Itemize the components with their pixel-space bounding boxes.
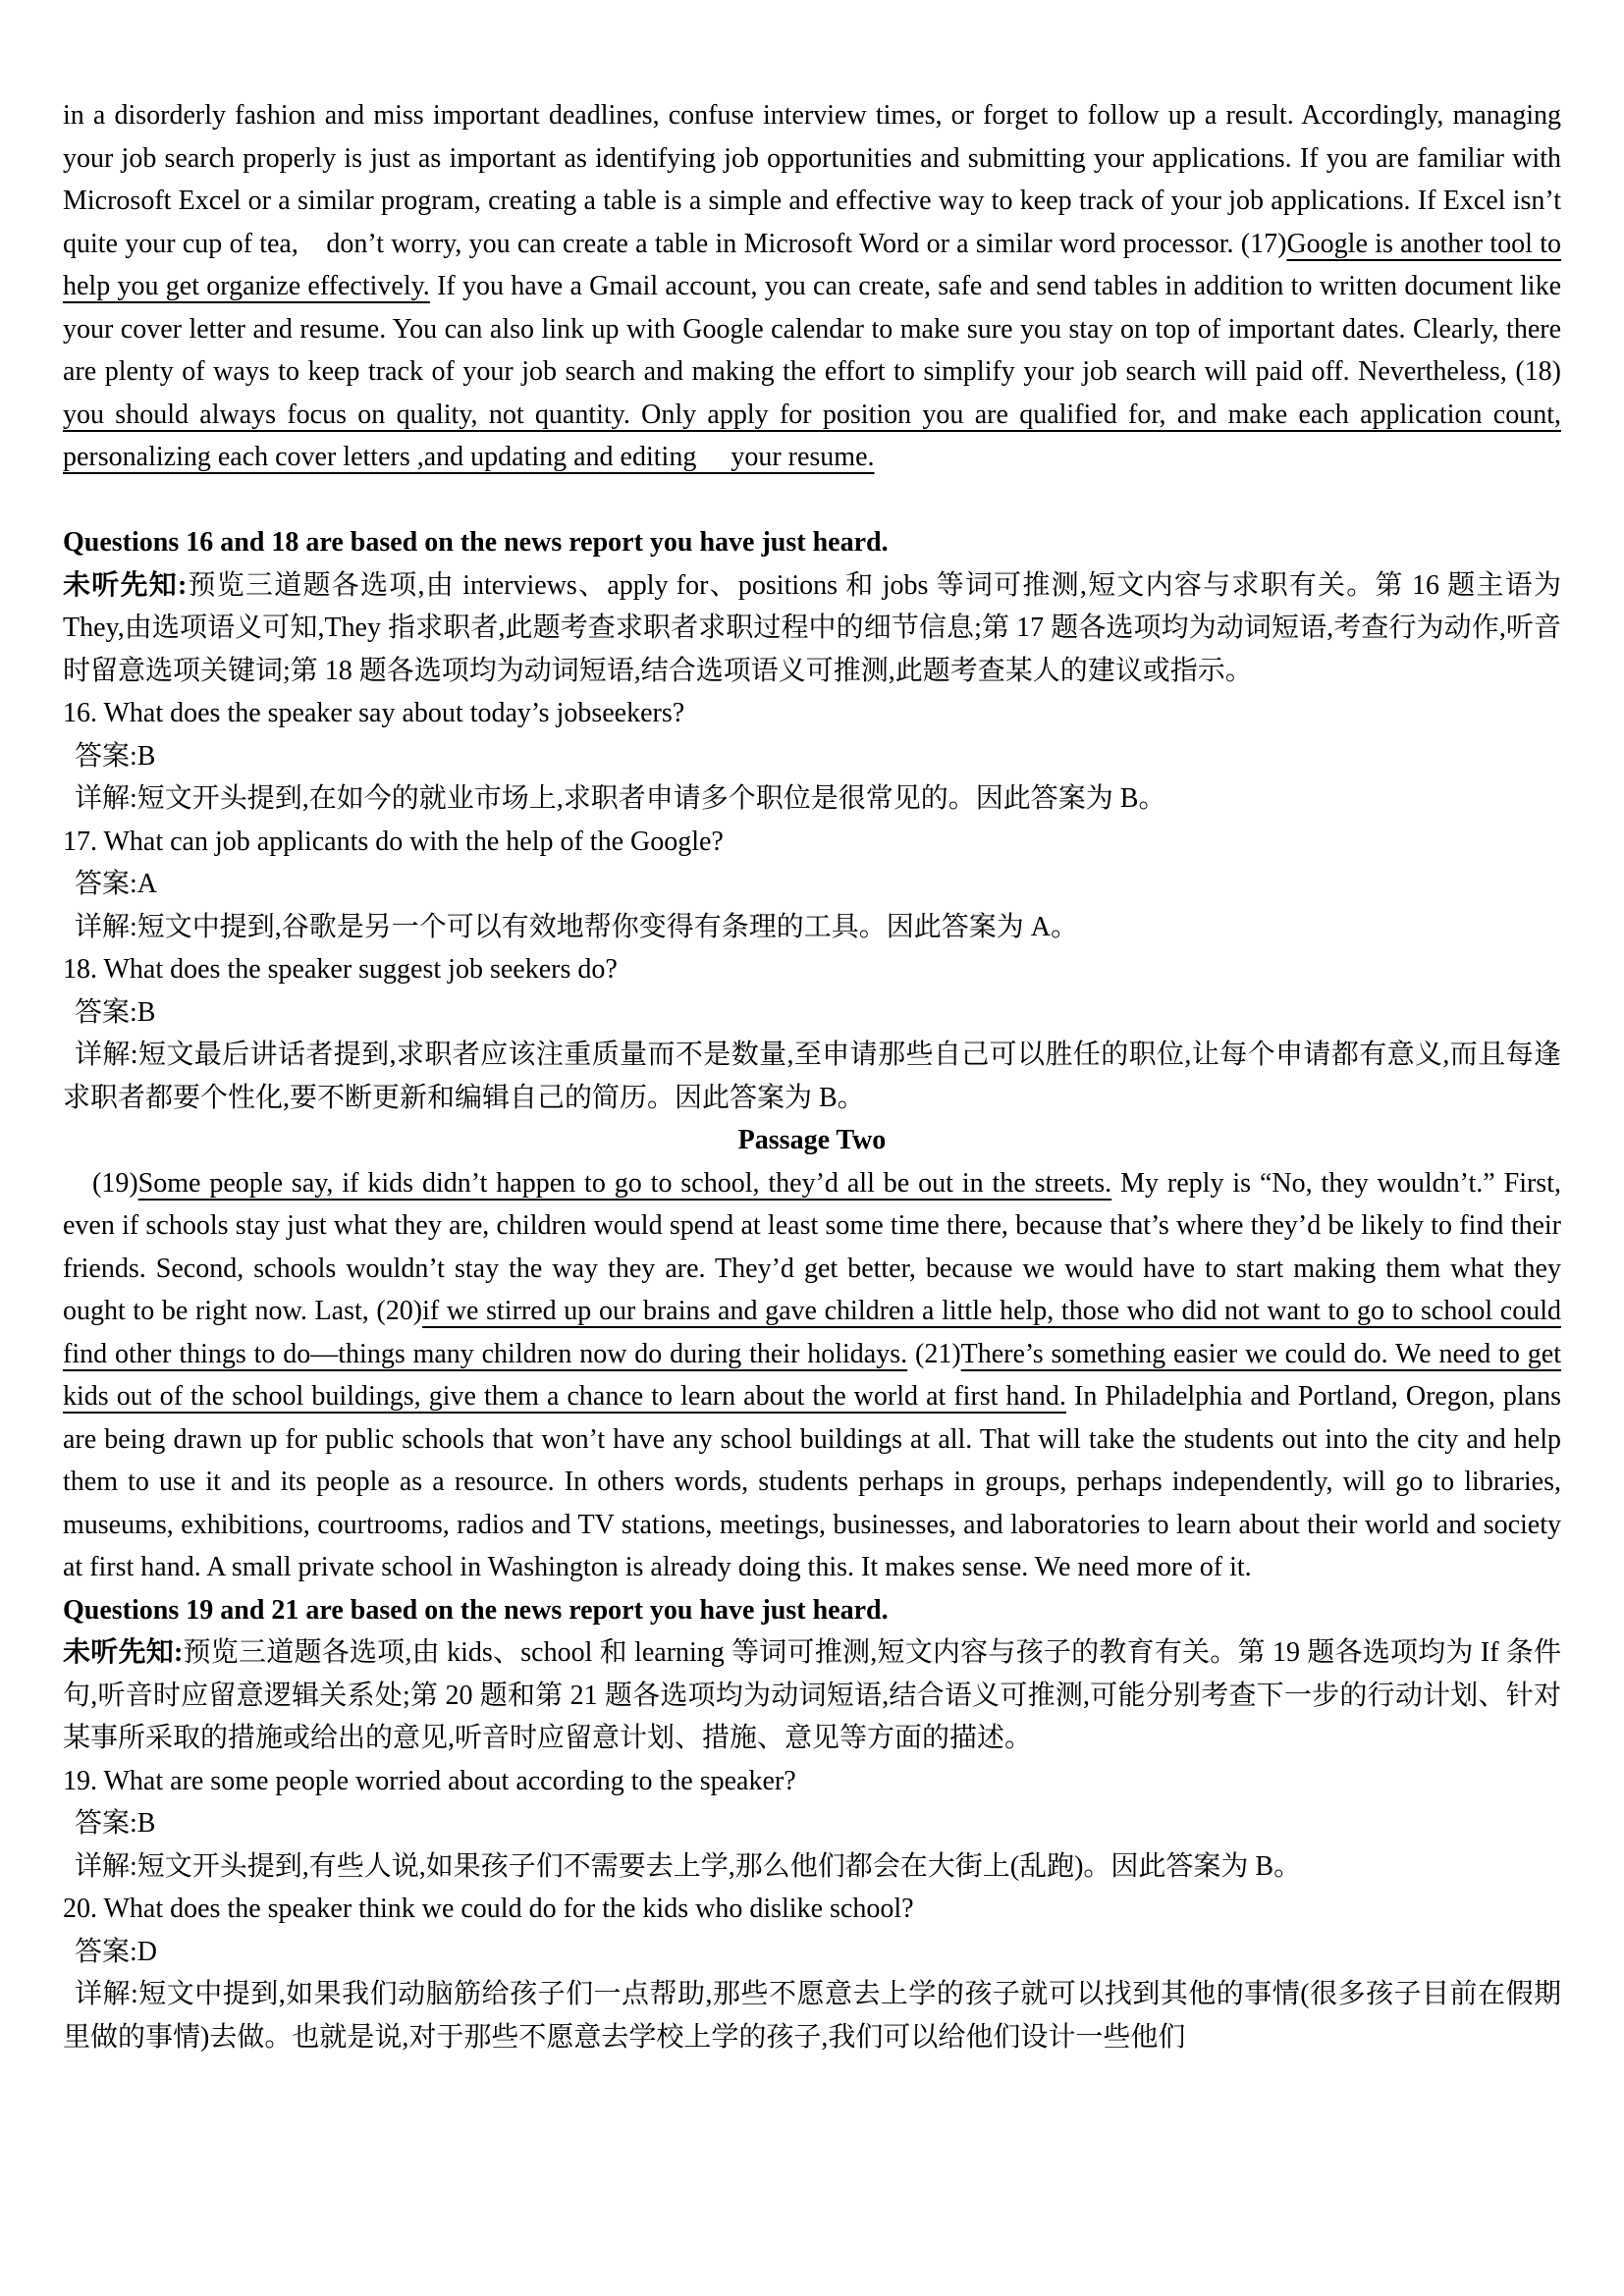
- text-run: 17. What can job applicants do with the …: [63, 827, 724, 857]
- questions-19-21-heading: Questions 19 and 21 are based on the new…: [63, 1589, 1561, 1632]
- passage-two-paragraph: (19)Some people say, if kids didn’t happ…: [63, 1162, 1561, 1589]
- text-run: 详解:短文中提到,如果我们动脑筋给孩子们一点帮助,那些不愿意去上学的孩子就可以找…: [63, 1979, 1561, 2053]
- text-run: 答案:B: [75, 741, 155, 772]
- bold-text-run: Questions 19 and 21 are based on the new…: [63, 1595, 889, 1626]
- bold-text-run: Questions 16 and 18 are based on the new…: [63, 527, 889, 558]
- passage-one-paragraph: in a disorderly fashion and miss importa…: [63, 94, 1561, 479]
- bold-text-run: 未听先知:: [63, 570, 187, 601]
- bold-text-run: Passage Two: [738, 1125, 887, 1155]
- questions-16-18-heading: Questions 16 and 18 are based on the new…: [63, 521, 1561, 564]
- text-run: 答案:B: [75, 997, 155, 1028]
- answer-20: 答案:D: [63, 1931, 1561, 1974]
- answer-16: 答案:B: [63, 735, 1561, 778]
- text-run: 答案:D: [75, 1937, 157, 1967]
- text-run: (19): [92, 1168, 138, 1199]
- preview-tip-19-21: 未听先知:预览三道题各选项,由 kids、school 和 learning 等…: [63, 1631, 1561, 1760]
- underlined-text-run: you should always focus on quality, not …: [63, 400, 1561, 473]
- text-run: 详解:短文开头提到,在如今的就业市场上,求职者申请多个职位是很常见的。因此答案为…: [75, 783, 1165, 814]
- text-run: 详解:短文中提到,谷歌是另一个可以有效地帮你变得有条理的工具。因此答案为 A。: [75, 912, 1078, 942]
- text-run: 预览三道题各选项,由 kids、school 和 learning 等词可推测,…: [63, 1637, 1561, 1753]
- answer-18: 答案:B: [63, 991, 1561, 1035]
- preview-tip-16-18: 未听先知:预览三道题各选项,由 interviews、apply for、pos…: [63, 564, 1561, 693]
- question-20: 20. What does the speaker think we could…: [63, 1888, 1561, 1931]
- text-run: 答案:A: [75, 869, 157, 899]
- question-19: 19. What are some people worried about a…: [63, 1760, 1561, 1803]
- text-run: 详解:短文开头提到,有些人说,如果孩子们不需要去上学,那么他们都会在大街上(乱跑…: [75, 1851, 1301, 1882]
- answer-17: 答案:A: [63, 863, 1561, 906]
- text-run: 详解:短文最后讲话者提到,求职者应该注重质量而不是数量,至申请那些自己可以胜任的…: [63, 1040, 1561, 1113]
- question-17: 17. What can job applicants do with the …: [63, 821, 1561, 864]
- explanation-18: 详解:短文最后讲话者提到,求职者应该注重质量而不是数量,至申请那些自己可以胜任的…: [63, 1034, 1561, 1119]
- text-run: 答案:B: [75, 1808, 155, 1839]
- question-18: 18. What does the speaker suggest job se…: [63, 948, 1561, 991]
- text-run: 19. What are some people worried about a…: [63, 1766, 796, 1796]
- passage-two-heading: Passage Two: [63, 1119, 1561, 1162]
- text-run: 20. What does the speaker think we could…: [63, 1894, 914, 1924]
- explanation-19: 详解:短文开头提到,有些人说,如果孩子们不需要去上学,那么他们都会在大街上(乱跑…: [63, 1845, 1561, 1889]
- explanation-20: 详解:短文中提到,如果我们动脑筋给孩子们一点帮助,那些不愿意去上学的孩子就可以找…: [63, 1973, 1561, 2058]
- explanation-17: 详解:短文中提到,谷歌是另一个可以有效地帮你变得有条理的工具。因此答案为 A。: [63, 906, 1561, 949]
- underlined-text-run: Some people say, if kids didn’t happen t…: [138, 1168, 1112, 1199]
- document-page: in a disorderly fashion and miss importa…: [0, 0, 1624, 2296]
- explanation-16: 详解:短文开头提到,在如今的就业市场上,求职者申请多个职位是很常见的。因此答案为…: [63, 777, 1561, 821]
- text-run: (21): [907, 1339, 961, 1369]
- blank-line: [63, 479, 1561, 522]
- question-16: 16. What does the speaker say about toda…: [63, 692, 1561, 735]
- text-run: 18. What does the speaker suggest job se…: [63, 954, 618, 985]
- text-run: 预览三道题各选项,由 interviews、apply for、position…: [63, 570, 1561, 686]
- bold-text-run: 未听先知:: [63, 1637, 183, 1668]
- answer-19: 答案:B: [63, 1802, 1561, 1845]
- text-run: 16. What does the speaker say about toda…: [63, 698, 684, 728]
